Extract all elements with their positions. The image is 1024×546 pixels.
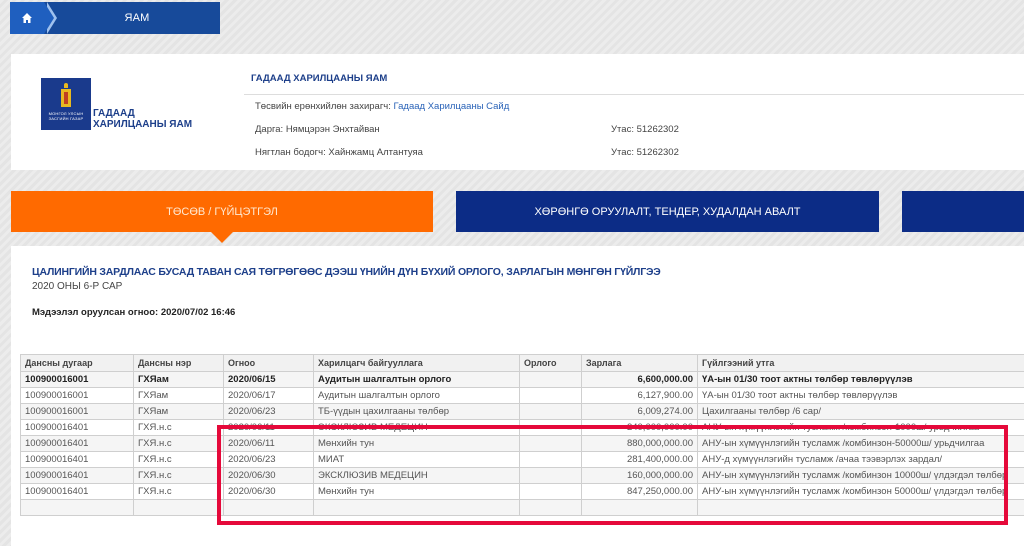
cell-counterparty: ЭКСКЛЮЗИВ МЕДЕЦИН	[314, 420, 520, 436]
breadcrumb-current[interactable]: ЯАМ	[44, 12, 220, 24]
cell-income	[520, 404, 582, 420]
tab-investment-tender-procurement[interactable]: ХӨРӨНГӨ ОРУУЛАЛТ, ТЕНДЕР, ХУДАЛДАН АВАЛТ	[456, 191, 879, 232]
cell-income	[520, 372, 582, 388]
cell-date: 2020/06/23	[224, 452, 314, 468]
budget-manager-label: Төсвийн ерөнхийлөн захирагч:	[255, 101, 391, 112]
header-account-name: Дансны нэр	[134, 355, 224, 372]
home-icon	[21, 12, 33, 24]
cell-income	[520, 436, 582, 452]
report-panel: ЦАЛИНГИЙН ЗАРДЛААС БУСАД ТАВАН САЯ ТӨГРӨ…	[11, 246, 1024, 546]
cell-account-number: 100900016001	[21, 388, 134, 404]
cell-description: ҮА-ын 01/30 тоот актны төлбөр төвлөрүүлэ…	[698, 372, 1024, 388]
report-period: 2020 ОНЫ 6-Р САР	[32, 281, 122, 292]
ministry-logo: МОНГОЛ УЛСЫН ЗАСГИЙН ГАЗАР	[41, 78, 91, 130]
breadcrumb: ЯАМ	[10, 2, 220, 34]
cell-date: 2020/06/11	[224, 436, 314, 452]
cell-description: ҮА-ын 01/30 тоот актны төлбөр төвлөрүүлэ…	[698, 388, 1024, 404]
cell-income	[520, 420, 582, 436]
cell-expense: 6,009,274.00	[582, 404, 698, 420]
cell-account-number: 100900016001	[21, 372, 134, 388]
cell-income	[520, 500, 582, 516]
cell-description	[698, 500, 1024, 516]
cell-counterparty: Мөнхийн тун	[314, 436, 520, 452]
cell-account-name: ГХЯам	[134, 404, 224, 420]
cell-expense: 847,250,000.00	[582, 484, 698, 500]
cell-counterparty: Аудитын шалгалтын орлого	[314, 388, 520, 404]
cell-account-name: ГХЯ.н.с	[134, 420, 224, 436]
cell-income	[520, 484, 582, 500]
cell-counterparty: ТБ-үүдын цахилгааны төлбөр	[314, 404, 520, 420]
cell-counterparty: Аудитын шалгалтын орлого	[314, 372, 520, 388]
accountant-phone: Утас: 51262302	[611, 147, 679, 158]
head-name: Дарга: Нямцэрэн Энхтайван	[255, 124, 380, 135]
budget-manager-link[interactable]: Гадаад Харилцааны Сайд	[394, 101, 510, 112]
budget-manager-line: Төсвийн ерөнхийлөн захирагч: Гадаад Хари…	[255, 101, 509, 112]
cell-income	[520, 468, 582, 484]
cell-account-number: 100900016401	[21, 484, 134, 500]
table-row	[21, 500, 1024, 516]
cell-expense: 240,000,000.00	[582, 420, 698, 436]
cell-date: 2020/06/15	[224, 372, 314, 388]
tab-budget-performance[interactable]: ТӨСӨВ / ГҮЙЦЭТГЭЛ	[11, 191, 433, 232]
cell-account-name: ГХЯ.н.с	[134, 468, 224, 484]
cell-description: АНУ-ын хүмүүнлэгийн тусламж /комбинзон 1…	[698, 468, 1024, 484]
cell-date: 2020/06/23	[224, 404, 314, 420]
breadcrumb-home-button[interactable]	[10, 2, 44, 34]
cell-counterparty: МИАТ	[314, 452, 520, 468]
cell-expense	[582, 500, 698, 516]
header-account-number: Дансны дугаар	[21, 355, 134, 372]
cell-income	[520, 388, 582, 404]
table-row: 100900016001ГХЯам2020/06/17Аудитын шалга…	[21, 388, 1024, 404]
report-updated-date: Мэдээлэл оруулсан огноо: 2020/07/02 16:4…	[32, 307, 235, 318]
cell-description: АНУ-ын хүмүүнлэгийн тусламж /комбинзон 5…	[698, 484, 1024, 500]
cell-description: Цахилгааны төлбөр /6 сар/	[698, 404, 1024, 420]
cell-account-number: 100900016401	[21, 452, 134, 468]
table-row: 100900016401ГХЯ.н.с2020/06/30ЭКСКЛЮЗИВ М…	[21, 468, 1024, 484]
cell-date	[224, 500, 314, 516]
cell-account-name: ГХЯам	[134, 372, 224, 388]
cell-account-name	[134, 500, 224, 516]
table-row: 100900016001ГХЯам2020/06/23ТБ-үүдын цахи…	[21, 404, 1024, 420]
cell-expense: 6,127,900.00	[582, 388, 698, 404]
cell-date: 2020/06/30	[224, 484, 314, 500]
organization-info-card: МОНГОЛ УЛСЫН ЗАСГИЙН ГАЗАР ГАДААД ХАРИЛЦ…	[11, 54, 1024, 170]
accountant-name: Нягтлан бодогч: Хайнжамц Алтантуяа	[255, 147, 423, 158]
cell-account-number: 100900016401	[21, 436, 134, 452]
cell-date: 2020/06/17	[224, 388, 314, 404]
cell-account-name: ГХЯ.н.с	[134, 436, 224, 452]
table-row: 100900016401ГХЯ.н.с2020/06/11Мөнхийн тун…	[21, 436, 1024, 452]
cell-account-number: 100900016401	[21, 468, 134, 484]
cell-account-number: 100900016001	[21, 404, 134, 420]
cell-date: 2020/06/30	[224, 468, 314, 484]
cell-expense: 6,600,000.00	[582, 372, 698, 388]
cell-income	[520, 452, 582, 468]
table-header-row: Дансны дугаар Дансны нэр Огноо Харилцагч…	[21, 355, 1024, 372]
table-row: 100900016401ГХЯ.н.с2020/06/11ЭКСКЛЮЗИВ М…	[21, 420, 1024, 436]
cell-expense: 160,000,000.00	[582, 468, 698, 484]
transactions-table: Дансны дугаар Дансны нэр Огноо Харилцагч…	[20, 354, 1024, 516]
soyombo-emblem-icon	[59, 83, 73, 107]
divider	[244, 94, 1024, 95]
cell-account-name: ГХЯ.н.с	[134, 452, 224, 468]
header-counterparty: Харилцагч байгууллага	[314, 355, 520, 372]
cell-description: АНУ-ын хүмүүнлэгийн тусламж /комбинзон-1…	[698, 420, 1024, 436]
head-phone: Утас: 51262302	[611, 124, 679, 135]
cell-account-name: ГХЯ.н.с	[134, 484, 224, 500]
header-expense: Зарлага	[582, 355, 698, 372]
table-row: 100900016401ГХЯ.н.с2020/06/30Мөнхийн тун…	[21, 484, 1024, 500]
table-row: 100900016001ГХЯам2020/06/15Аудитын шалга…	[21, 372, 1024, 388]
cell-account-number: 100900016401	[21, 420, 134, 436]
cell-counterparty	[314, 500, 520, 516]
cell-date: 2020/06/11	[224, 420, 314, 436]
cell-expense: 281,400,000.00	[582, 452, 698, 468]
header-income: Орлого	[520, 355, 582, 372]
cell-account-number	[21, 500, 134, 516]
cell-description: АНУ-д хүмүүнлэгийн тусламж /ачаа тээвэрл…	[698, 452, 1024, 468]
table-row: 100900016401ГХЯ.н.с2020/06/23МИАТ281,400…	[21, 452, 1024, 468]
report-title: ЦАЛИНГИЙН ЗАРДЛААС БУСАД ТАВАН САЯ ТӨГРӨ…	[32, 266, 661, 278]
cell-account-name: ГХЯам	[134, 388, 224, 404]
header-description: Гүйлгээний утга	[698, 355, 1024, 372]
cell-counterparty: ЭКСКЛЮЗИВ МЕДЕЦИН	[314, 468, 520, 484]
logo-caption: МОНГОЛ УЛСЫН ЗАСГИЙН ГАЗАР	[49, 111, 84, 121]
header-date: Огноо	[224, 355, 314, 372]
cell-description: АНУ-ын хүмүүнлэгийн тусламж /комбинзон-5…	[698, 436, 1024, 452]
cell-expense: 880,000,000.00	[582, 436, 698, 452]
organization-title: ГАДААД ХАРИЛЦААНЫ ЯАМ	[251, 73, 387, 84]
tab-more[interactable]	[902, 191, 1024, 232]
cell-counterparty: Мөнхийн тун	[314, 484, 520, 500]
logo-ministry-name: ГАДААД ХАРИЛЦААНЫ ЯАМ	[93, 108, 192, 130]
